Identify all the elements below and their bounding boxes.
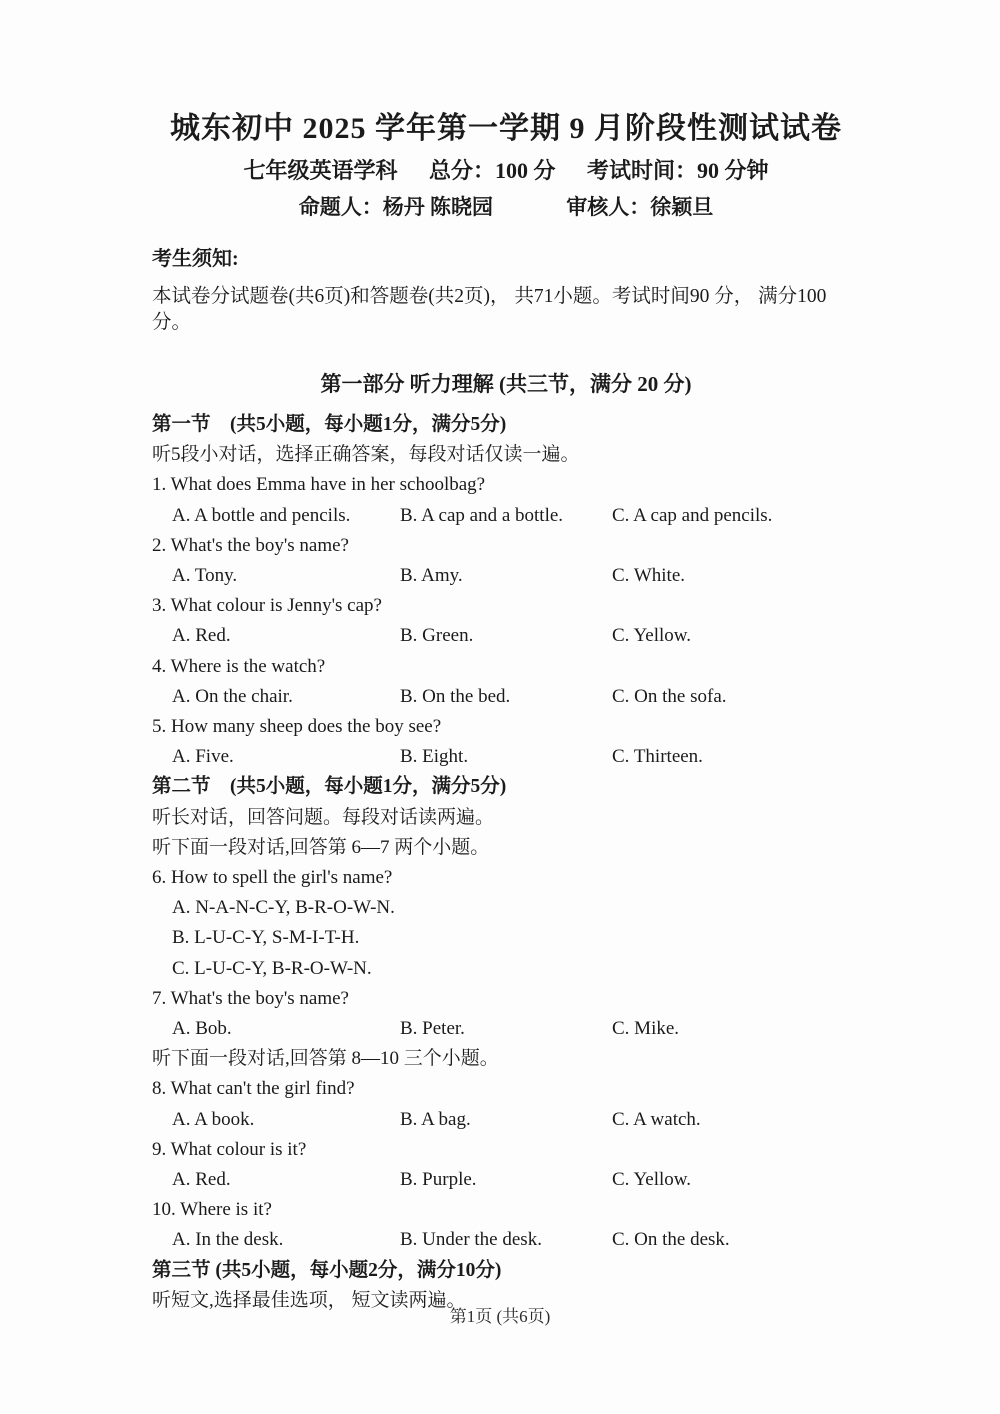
subtitle-exam-time: 考试时间：90 分钟 <box>587 158 769 183</box>
option-b: B. Peter. <box>400 1014 612 1044</box>
option-a: A. N-A-N-C-Y, B-R-O-W-N. <box>172 893 860 923</box>
notice-body: 本试卷分试题卷(共6页)和答题卷(共2页)， 共71小题。考试时间90 分， 满… <box>152 284 860 336</box>
question-options: A. In the desk. B. Under the desk. C. On… <box>152 1225 860 1255</box>
exam-authors: 命题人：杨丹 陈晓园 审核人：徐颖旦 <box>152 193 860 222</box>
question-options: A. A bottle and pencils. B. A cap and a … <box>152 501 860 531</box>
option-c: C. White. <box>612 561 860 591</box>
option-c: C. Yellow. <box>612 1165 860 1195</box>
option-c: C. Yellow. <box>612 621 860 651</box>
question-options: A. Red. B. Purple. C. Yellow. <box>152 1165 860 1195</box>
setter-info: 命题人：杨丹 陈晓园 <box>299 195 493 219</box>
question-options: A. Bob. B. Peter. C. Mike. <box>152 1014 860 1044</box>
section2-sub-instruction-6-7: 听下面一段对话,回答第 6—7 两个小题。 <box>152 833 860 863</box>
page-content: 城东初中 2025 学年第一学期 9 月阶段性测试试卷 七年级英语学科 总分：1… <box>0 110 1000 1316</box>
page-footer: 第1页 (共6页) <box>0 1302 1000 1327</box>
question-text: 9. What colour is it? <box>152 1135 860 1165</box>
question-text: 1. What does Emma have in her schoolbag? <box>152 470 860 500</box>
option-b: B. A bag. <box>400 1105 612 1135</box>
section3-heading: 第三节 (共5小题，每小题2分，满分10分) <box>152 1256 860 1286</box>
part1-header: 第一部分 听力理解 (共三节，满分 20 分) <box>152 370 860 398</box>
option-c: C. Mike. <box>612 1014 860 1044</box>
exam-paper-page: 城东初中 2025 学年第一学期 9 月阶段性测试试卷 七年级英语学科 总分：1… <box>0 0 1000 1414</box>
option-a: A. Bob. <box>172 1014 400 1044</box>
option-a: A. A book. <box>172 1105 400 1135</box>
option-b: B. Green. <box>400 621 612 651</box>
reviewer-info: 审核人：徐颖旦 <box>566 195 713 219</box>
option-b: B. A cap and a bottle. <box>400 501 612 531</box>
subtitle-subject: 七年级英语学科 <box>243 158 397 183</box>
option-c: C. Thirteen. <box>612 742 860 772</box>
section2-heading: 第二节 (共5小题，每小题1分，满分5分) <box>152 772 860 802</box>
option-c: C. On the sofa. <box>612 682 860 712</box>
question-options: A. Red. B. Green. C. Yellow. <box>152 621 860 651</box>
option-c: C. L-U-C-Y, B-R-O-W-N. <box>172 954 860 984</box>
section2-sub-instruction-8-10: 听下面一段对话,回答第 8—10 三个小题。 <box>152 1044 860 1074</box>
question-options: A. Five. B. Eight. C. Thirteen. <box>152 742 860 772</box>
option-a: A. A bottle and pencils. <box>172 501 400 531</box>
question-options: A. N-A-N-C-Y, B-R-O-W-N. B. L-U-C-Y, S-M… <box>152 893 860 984</box>
question-text: 4. Where is the watch? <box>152 652 860 682</box>
page-title: 城东初中 2025 学年第一学期 9 月阶段性测试试卷 <box>152 110 860 148</box>
option-c: C. A cap and pencils. <box>612 501 860 531</box>
question-text: 6. How to spell the girl's name? <box>152 863 860 893</box>
option-a: A. In the desk. <box>172 1225 400 1255</box>
question-text: 3. What colour is Jenny's cap? <box>152 591 860 621</box>
subtitle-total-score: 总分：100 分 <box>429 158 556 183</box>
question-text: 5. How many sheep does the boy see? <box>152 712 860 742</box>
option-b: B. On the bed. <box>400 682 612 712</box>
option-a: A. On the chair. <box>172 682 400 712</box>
question-text: 2. What's the boy's name? <box>152 531 860 561</box>
option-b: B. Amy. <box>400 561 612 591</box>
option-a: A. Red. <box>172 621 400 651</box>
question-text: 10. Where is it? <box>152 1195 860 1225</box>
option-b: B. L-U-C-Y, S-M-I-T-H. <box>172 923 860 953</box>
question-text: 8. What can't the girl find? <box>152 1074 860 1104</box>
section1-heading: 第一节 (共5小题，每小题1分，满分5分) <box>152 410 860 440</box>
option-b: B. Under the desk. <box>400 1225 612 1255</box>
notice-title: 考生须知: <box>152 246 860 272</box>
question-options: A. A book. B. A bag. C. A watch. <box>152 1105 860 1135</box>
option-c: C. A watch. <box>612 1105 860 1135</box>
option-b: B. Eight. <box>400 742 612 772</box>
option-a: A. Tony. <box>172 561 400 591</box>
option-a: A. Five. <box>172 742 400 772</box>
option-b: B. Purple. <box>400 1165 612 1195</box>
listening-part: 第一节 (共5小题，每小题1分，满分5分) 听5段小对话，选择正确答案，每段对话… <box>152 410 860 1316</box>
option-a: A. Red. <box>172 1165 400 1195</box>
question-options: A. On the chair. B. On the bed. C. On th… <box>152 682 860 712</box>
exam-subtitle: 七年级英语学科 总分：100 分 考试时间：90 分钟 <box>152 156 860 186</box>
option-c: C. On the desk. <box>612 1225 860 1255</box>
question-options: A. Tony. B. Amy. C. White. <box>152 561 860 591</box>
section1-instruction: 听5段小对话，选择正确答案，每段对话仅读一遍。 <box>152 440 860 470</box>
question-text: 7. What's the boy's name? <box>152 984 860 1014</box>
section2-instruction: 听长对话，回答问题。每段对话读两遍。 <box>152 803 860 833</box>
